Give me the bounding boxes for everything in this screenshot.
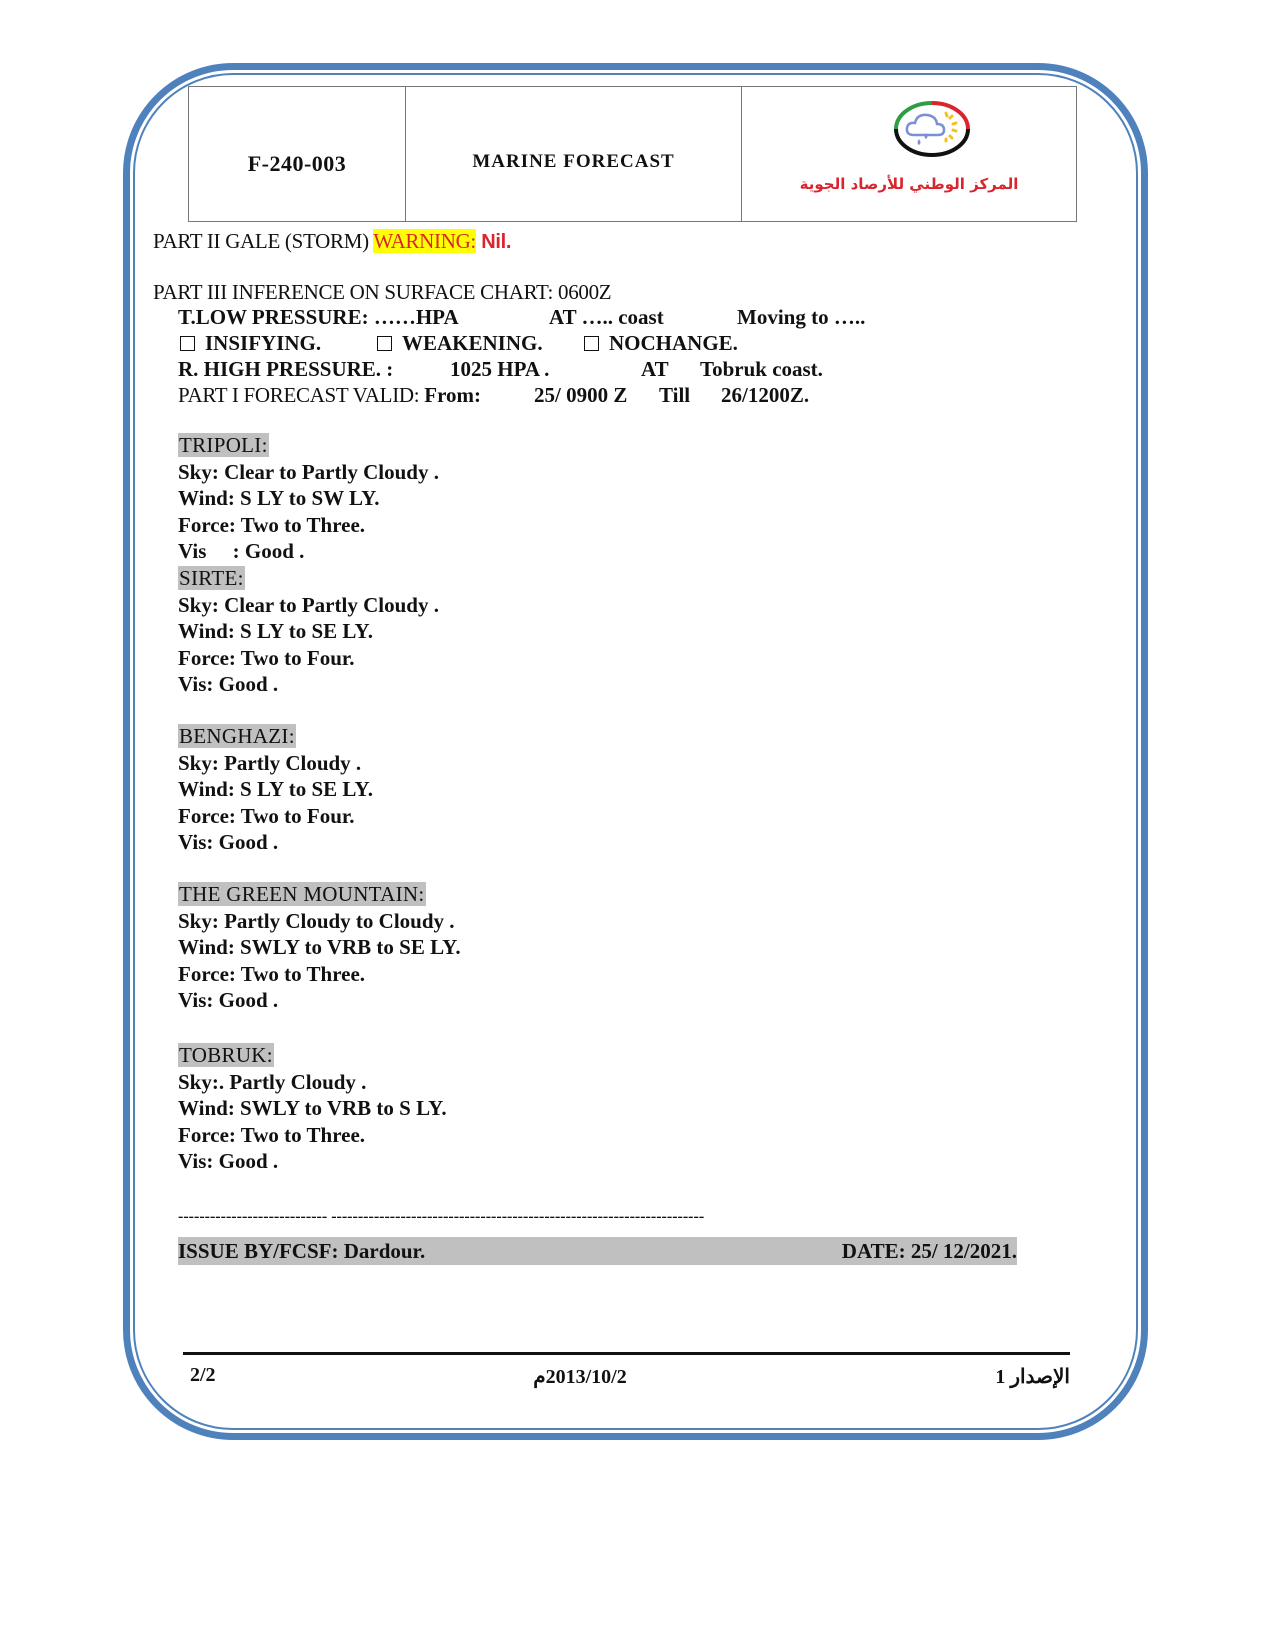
station-sky: Sky: Clear to Partly Cloudy . [178, 460, 439, 484]
station-force: Force: Two to Three. [178, 962, 365, 986]
station-name-highlight: TRIPOLI: [178, 433, 269, 457]
valid-from-value: 25/ 0900 Z [534, 383, 627, 407]
document-title: MARINE FORECAST [472, 151, 674, 173]
station-vis: Vis: Good . [178, 1149, 278, 1173]
page-number: 2/2 [190, 1364, 216, 1387]
low-pressure-moving: Moving to ….. [737, 305, 865, 329]
header-cell-title: MARINE FORECAST [406, 87, 742, 221]
part2-line: PART II GALE (STORM) WARNING: Nil. [153, 229, 511, 254]
station-name-highlight: TOBRUK: [178, 1043, 274, 1067]
footer-rule [183, 1352, 1070, 1355]
checkbox-icon[interactable] [377, 336, 392, 351]
station-sky: Sky: Partly Cloudy . [178, 751, 361, 775]
part1-label: PART I FORECAST VALID: [178, 383, 424, 407]
station-wind: Wind: SWLY to VRB to S LY. [178, 1096, 447, 1120]
high-pressure-label: R. HIGH PRESSURE. : [178, 357, 393, 381]
station-force: Force: Two to Four. [178, 804, 355, 828]
warning-label: WARNING: [373, 229, 476, 253]
part2-label: PART II GALE (STORM) [153, 229, 373, 253]
trend-option-label: NOCHANGE. [609, 331, 738, 355]
high-pressure-at: AT [641, 357, 669, 381]
station-vis: Vis: Good . [178, 672, 278, 696]
station-wind: Wind: S LY to SE LY. [178, 619, 373, 643]
checkbox-icon[interactable] [584, 336, 599, 351]
station-sky: Sky: Partly Cloudy to Cloudy . [178, 909, 455, 933]
warning-value: Nil. [476, 231, 511, 253]
station-name: BENGHAZI: [178, 724, 296, 748]
station-force: Force: Two to Three. [178, 1123, 365, 1147]
separator-dashes: ---------------------------- -----------… [178, 1208, 1014, 1226]
station-name: TOBRUK: [178, 1043, 274, 1067]
station-wind: Wind: S LY to SW LY. [178, 486, 380, 510]
station-name: THE GREEN MOUNTAIN: [178, 882, 426, 906]
header-cell-code: F-240-003 [189, 87, 406, 221]
low-pressure-label: T.LOW PRESSURE: ……HPA [178, 305, 459, 329]
high-pressure-value: 1025 HPA . [450, 357, 549, 381]
station-vis: Vis : Good . [178, 539, 304, 563]
station-name-highlight: BENGHAZI: [178, 724, 296, 748]
station-wind: Wind: S LY to SE LY. [178, 777, 373, 801]
checkbox-icon[interactable] [180, 336, 195, 351]
trend-option-label: INSIFYING. [205, 331, 321, 355]
high-pressure-location: Tobruk coast. [700, 357, 823, 381]
cloud-rain-sun-logo-icon [892, 99, 972, 159]
form-code: F-240-003 [248, 151, 347, 177]
version-label: الإصدار 1 [960, 1364, 1070, 1389]
document-header-table: F-240-003 MARINE FORECAST المركز الوطني … [188, 86, 1077, 222]
station-name: SIRTE: [178, 566, 245, 590]
station-sky: Sky:. Partly Cloudy . [178, 1070, 366, 1094]
till-label: Till [659, 383, 690, 407]
issued-by: ISSUE BY/FCSF: Dardour. [178, 1239, 425, 1264]
station-vis: Vis: Good . [178, 988, 278, 1012]
trend-option-weakening[interactable]: WEAKENING. [377, 331, 543, 355]
station-vis: Vis: Good . [178, 830, 278, 854]
issue-bar: ISSUE BY/FCSF: Dardour. DATE: 25/ 12/202… [178, 1237, 1017, 1265]
valid-till-value: 26/1200Z. [721, 383, 809, 407]
trend-option-insifying[interactable]: INSIFYING. [180, 331, 321, 355]
station-name-highlight: THE GREEN MOUNTAIN: [178, 882, 426, 906]
station-force: Force: Two to Four. [178, 646, 355, 670]
station-name: TRIPOLI: [178, 433, 269, 457]
station-wind: Wind: SWLY to VRB to SE LY. [178, 935, 461, 959]
trend-option-label: WEAKENING. [402, 331, 543, 355]
part1-line: PART I FORECAST VALID: From: [178, 383, 481, 407]
part3-label: PART III INFERENCE ON SURFACE CHART: 060… [153, 280, 611, 304]
footer-date: 2013/10/2م [520, 1364, 640, 1389]
header-cell-logo: المركز الوطني للأرصاد الجوية [742, 87, 1076, 221]
organization-name: المركز الوطني للأرصاد الجوية [762, 175, 1056, 193]
station-force: Force: Two to Three. [178, 513, 365, 537]
trend-option-nochange[interactable]: NOCHANGE. [584, 331, 738, 355]
from-label: From: [424, 383, 481, 407]
station-sky: Sky: Clear to Partly Cloudy . [178, 593, 439, 617]
station-name-highlight: SIRTE: [178, 566, 245, 590]
issue-date: DATE: 25/ 12/2021. [842, 1239, 1017, 1264]
low-pressure-at: AT ….. coast [549, 305, 664, 329]
